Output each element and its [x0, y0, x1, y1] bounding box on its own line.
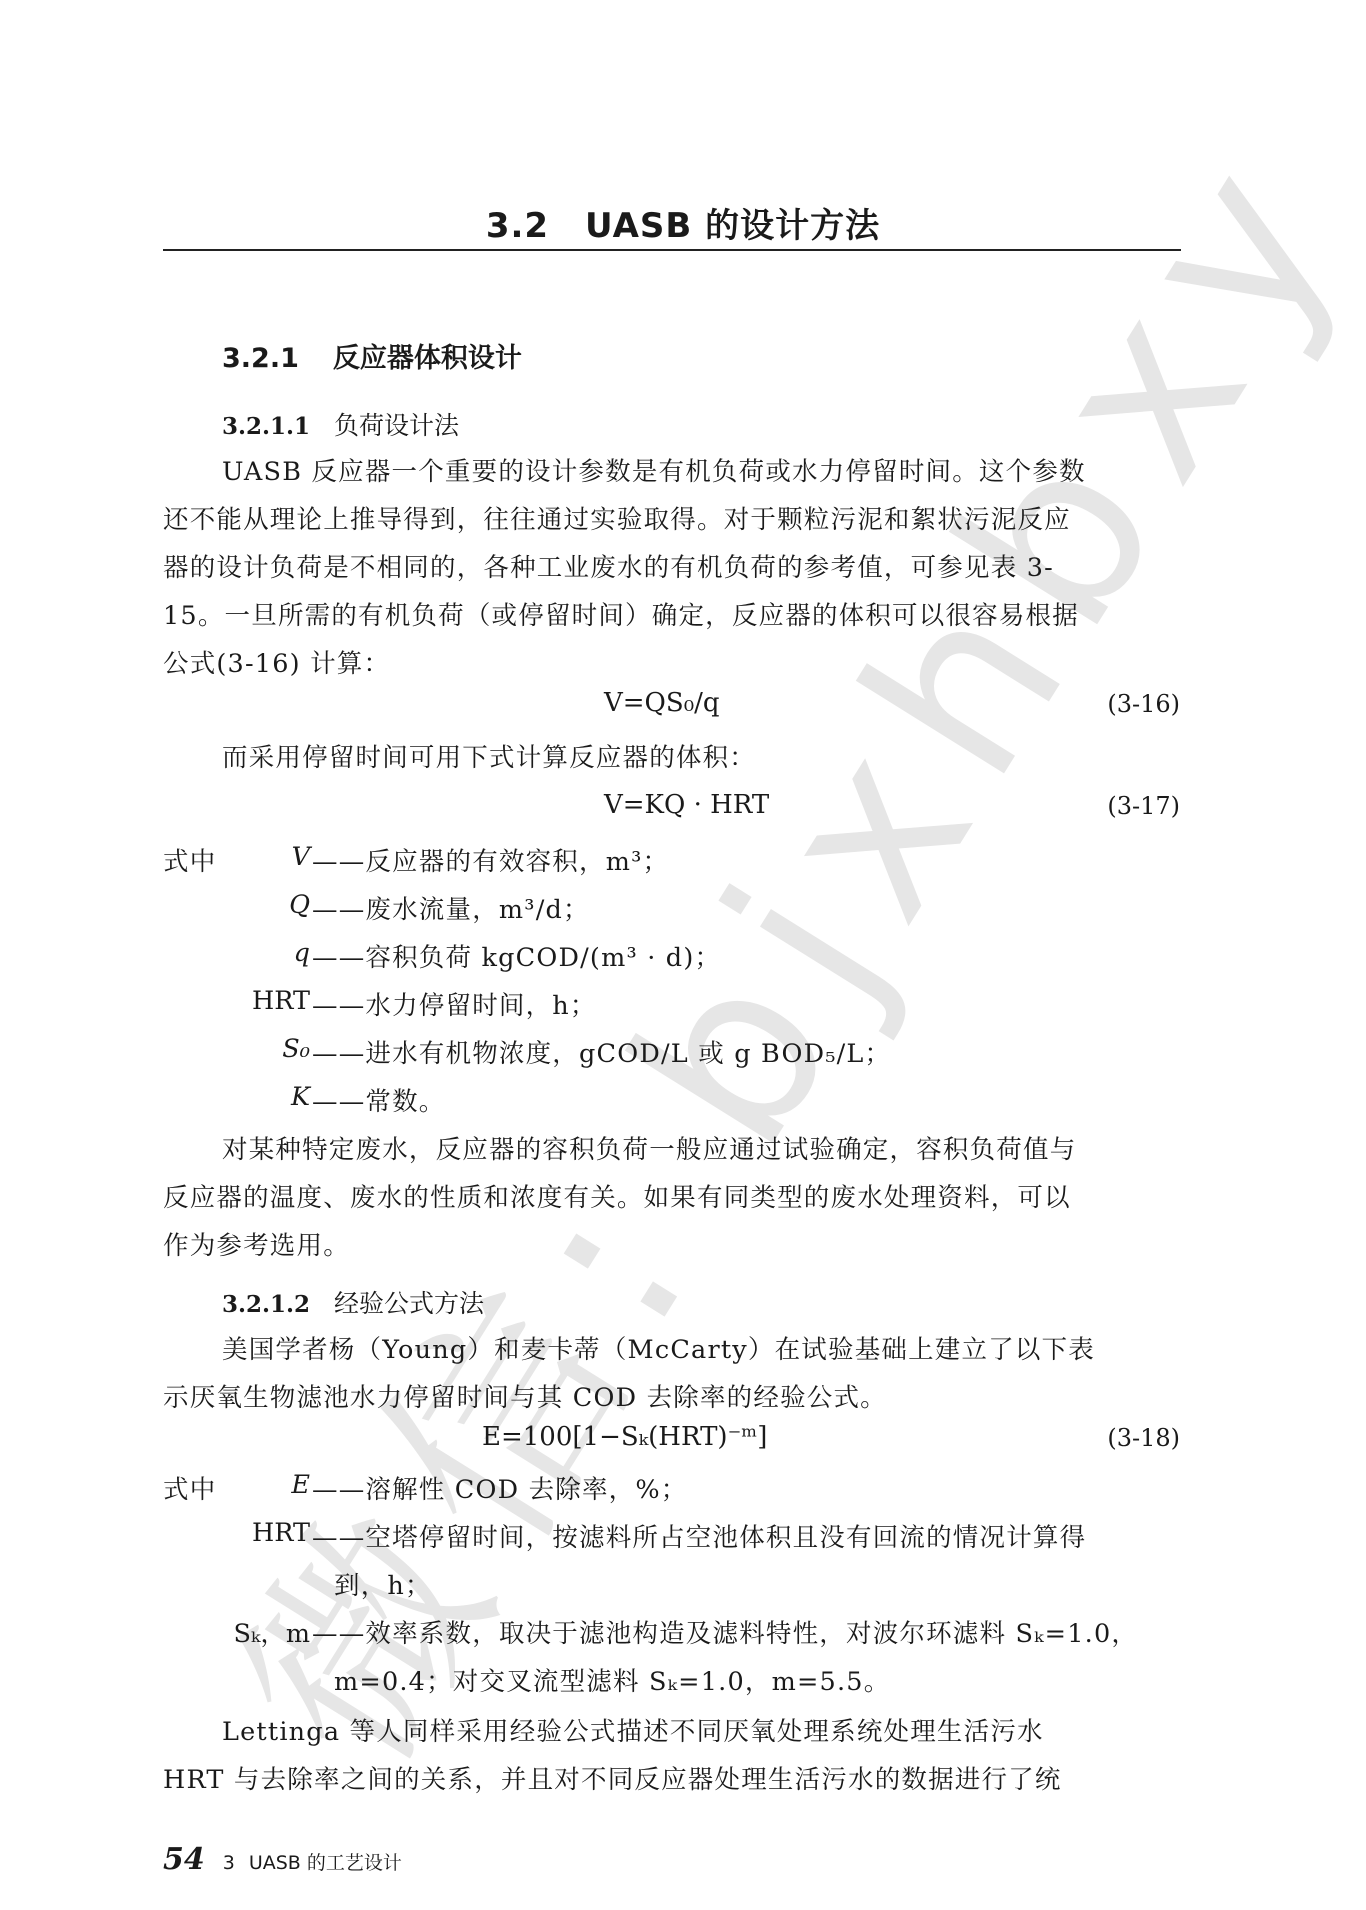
formula-3-18: E=100[1−Sₖ(HRT)⁻ᵐ]: [482, 1422, 767, 1452]
title-rule: [163, 249, 1181, 251]
paragraph-line: HRT 与去除率之间的关系，并且对不同反应器处理生活污水的数据进行了统: [163, 1760, 1062, 1796]
document-page: 微信: bjxhbxy 3.2UASB 的设计方法 3.2.1反应器体积设计 3…: [0, 0, 1366, 1910]
chapter-title-text: UASB 的设计方法: [585, 206, 880, 246]
def-desc: ——水力停留时间，h；: [312, 986, 597, 1022]
def-symbol: K: [200, 1082, 310, 1112]
subsection-number: 3.2.1.2: [222, 1291, 310, 1318]
def-desc: ——进水有机物浓度，gCOD/L 或 g BOD₅/L；: [312, 1034, 891, 1070]
def-desc-cont: m=0.4；对交叉流型滤料 Sₖ=1.0，m=5.5。: [334, 1662, 890, 1698]
page-number: 54: [163, 1842, 205, 1877]
section-title: 反应器体积设计: [333, 343, 522, 374]
paragraph-line: 对某种特定废水，反应器的容积负荷一般应通过试验确定，容积负荷值与: [222, 1130, 1076, 1166]
subsection-title: 负荷设计法: [334, 411, 459, 440]
paragraph-line: 反应器的温度、废水的性质和浓度有关。如果有同类型的废水处理资料，可以: [163, 1178, 1071, 1214]
def-desc: ——容积负荷 kgCOD/(m³ · d)；: [312, 938, 721, 974]
paragraph-line: 而采用停留时间可用下式计算反应器的体积：: [222, 738, 756, 774]
chapter-number: 3.2: [486, 206, 549, 246]
paragraph-line: 美国学者杨（Young）和麦卡蒂（McCarty）在试验基础上建立了以下表: [222, 1330, 1095, 1366]
paragraph-line: 示厌氧生物滤池水力停留时间与其 COD 去除率的经验公式。: [163, 1378, 887, 1414]
page-footer: 543UASB 的工艺设计: [163, 1842, 416, 1877]
paragraph-line: 器的设计负荷是不相同的，各种工业废水的有机负荷的参考值，可参见表 3-: [163, 548, 1054, 584]
paragraph-line: 公式(3-16) 计算：: [163, 644, 390, 680]
section-heading: 3.2.1反应器体积设计: [222, 336, 522, 375]
def-symbol: S₀: [200, 1034, 310, 1064]
paragraph-line: 15。一旦所需的有机负荷（或停留时间）确定，反应器的体积可以很容易根据: [163, 596, 1079, 632]
section-number: 3.2.1: [222, 343, 299, 374]
def-symbol: HRT: [200, 1518, 310, 1548]
paragraph-line: 还不能从理论上推导得到，往往通过实验取得。对于颗粒污泥和絮状污泥反应: [163, 500, 1071, 536]
formula-3-16: V=QS₀/q: [604, 688, 720, 718]
subsection-title: 经验公式方法: [334, 1289, 484, 1318]
formula-3-17: V=KQ · HRT: [604, 790, 769, 820]
def-symbol: q: [200, 938, 310, 968]
def-symbol: E: [200, 1470, 310, 1500]
paragraph-line: Lettinga 等人同样采用经验公式描述不同厌氧处理系统处理生活污水: [222, 1712, 1044, 1748]
equation-number: (3-16): [1107, 690, 1180, 718]
def-desc: ——溶解性 COD 去除率，%；: [312, 1470, 688, 1506]
def-symbol: V: [200, 842, 310, 872]
def-desc: ——空塔停留时间，按滤料所占空池体积且没有回流的情况计算得: [312, 1518, 1086, 1554]
def-symbol: Sₖ，m: [160, 1614, 310, 1650]
def-symbol: Q: [200, 890, 310, 920]
def-desc: ——废水流量，m³/d；: [312, 890, 590, 926]
def-desc: ——常数。: [312, 1082, 446, 1118]
def-desc-cont: 到，h；: [334, 1566, 432, 1602]
equation-number: (3-18): [1107, 1424, 1180, 1452]
footer-chapter-title: UASB 的工艺设计: [249, 1852, 402, 1874]
def-desc: ——反应器的有效容积，m³；: [312, 842, 669, 878]
subsection-heading-1: 3.2.1.1负荷设计法: [222, 406, 459, 442]
paragraph-line: 作为参考选用。: [163, 1226, 350, 1262]
equation-number: (3-17): [1107, 792, 1180, 820]
subsection-number: 3.2.1.1: [222, 413, 310, 440]
def-desc: ——效率系数，取决于滤池构造及滤料特性，对波尔环滤料 Sₖ=1.0，: [312, 1614, 1138, 1650]
subsection-heading-2: 3.2.1.2经验公式方法: [222, 1284, 484, 1320]
def-symbol: HRT: [200, 986, 310, 1016]
paragraph-line: UASB 反应器一个重要的设计参数是有机负荷或水力停留时间。这个参数: [222, 452, 1086, 488]
footer-chapter-number: 3: [223, 1852, 235, 1874]
chapter-title: 3.2UASB 的设计方法: [0, 198, 1366, 247]
